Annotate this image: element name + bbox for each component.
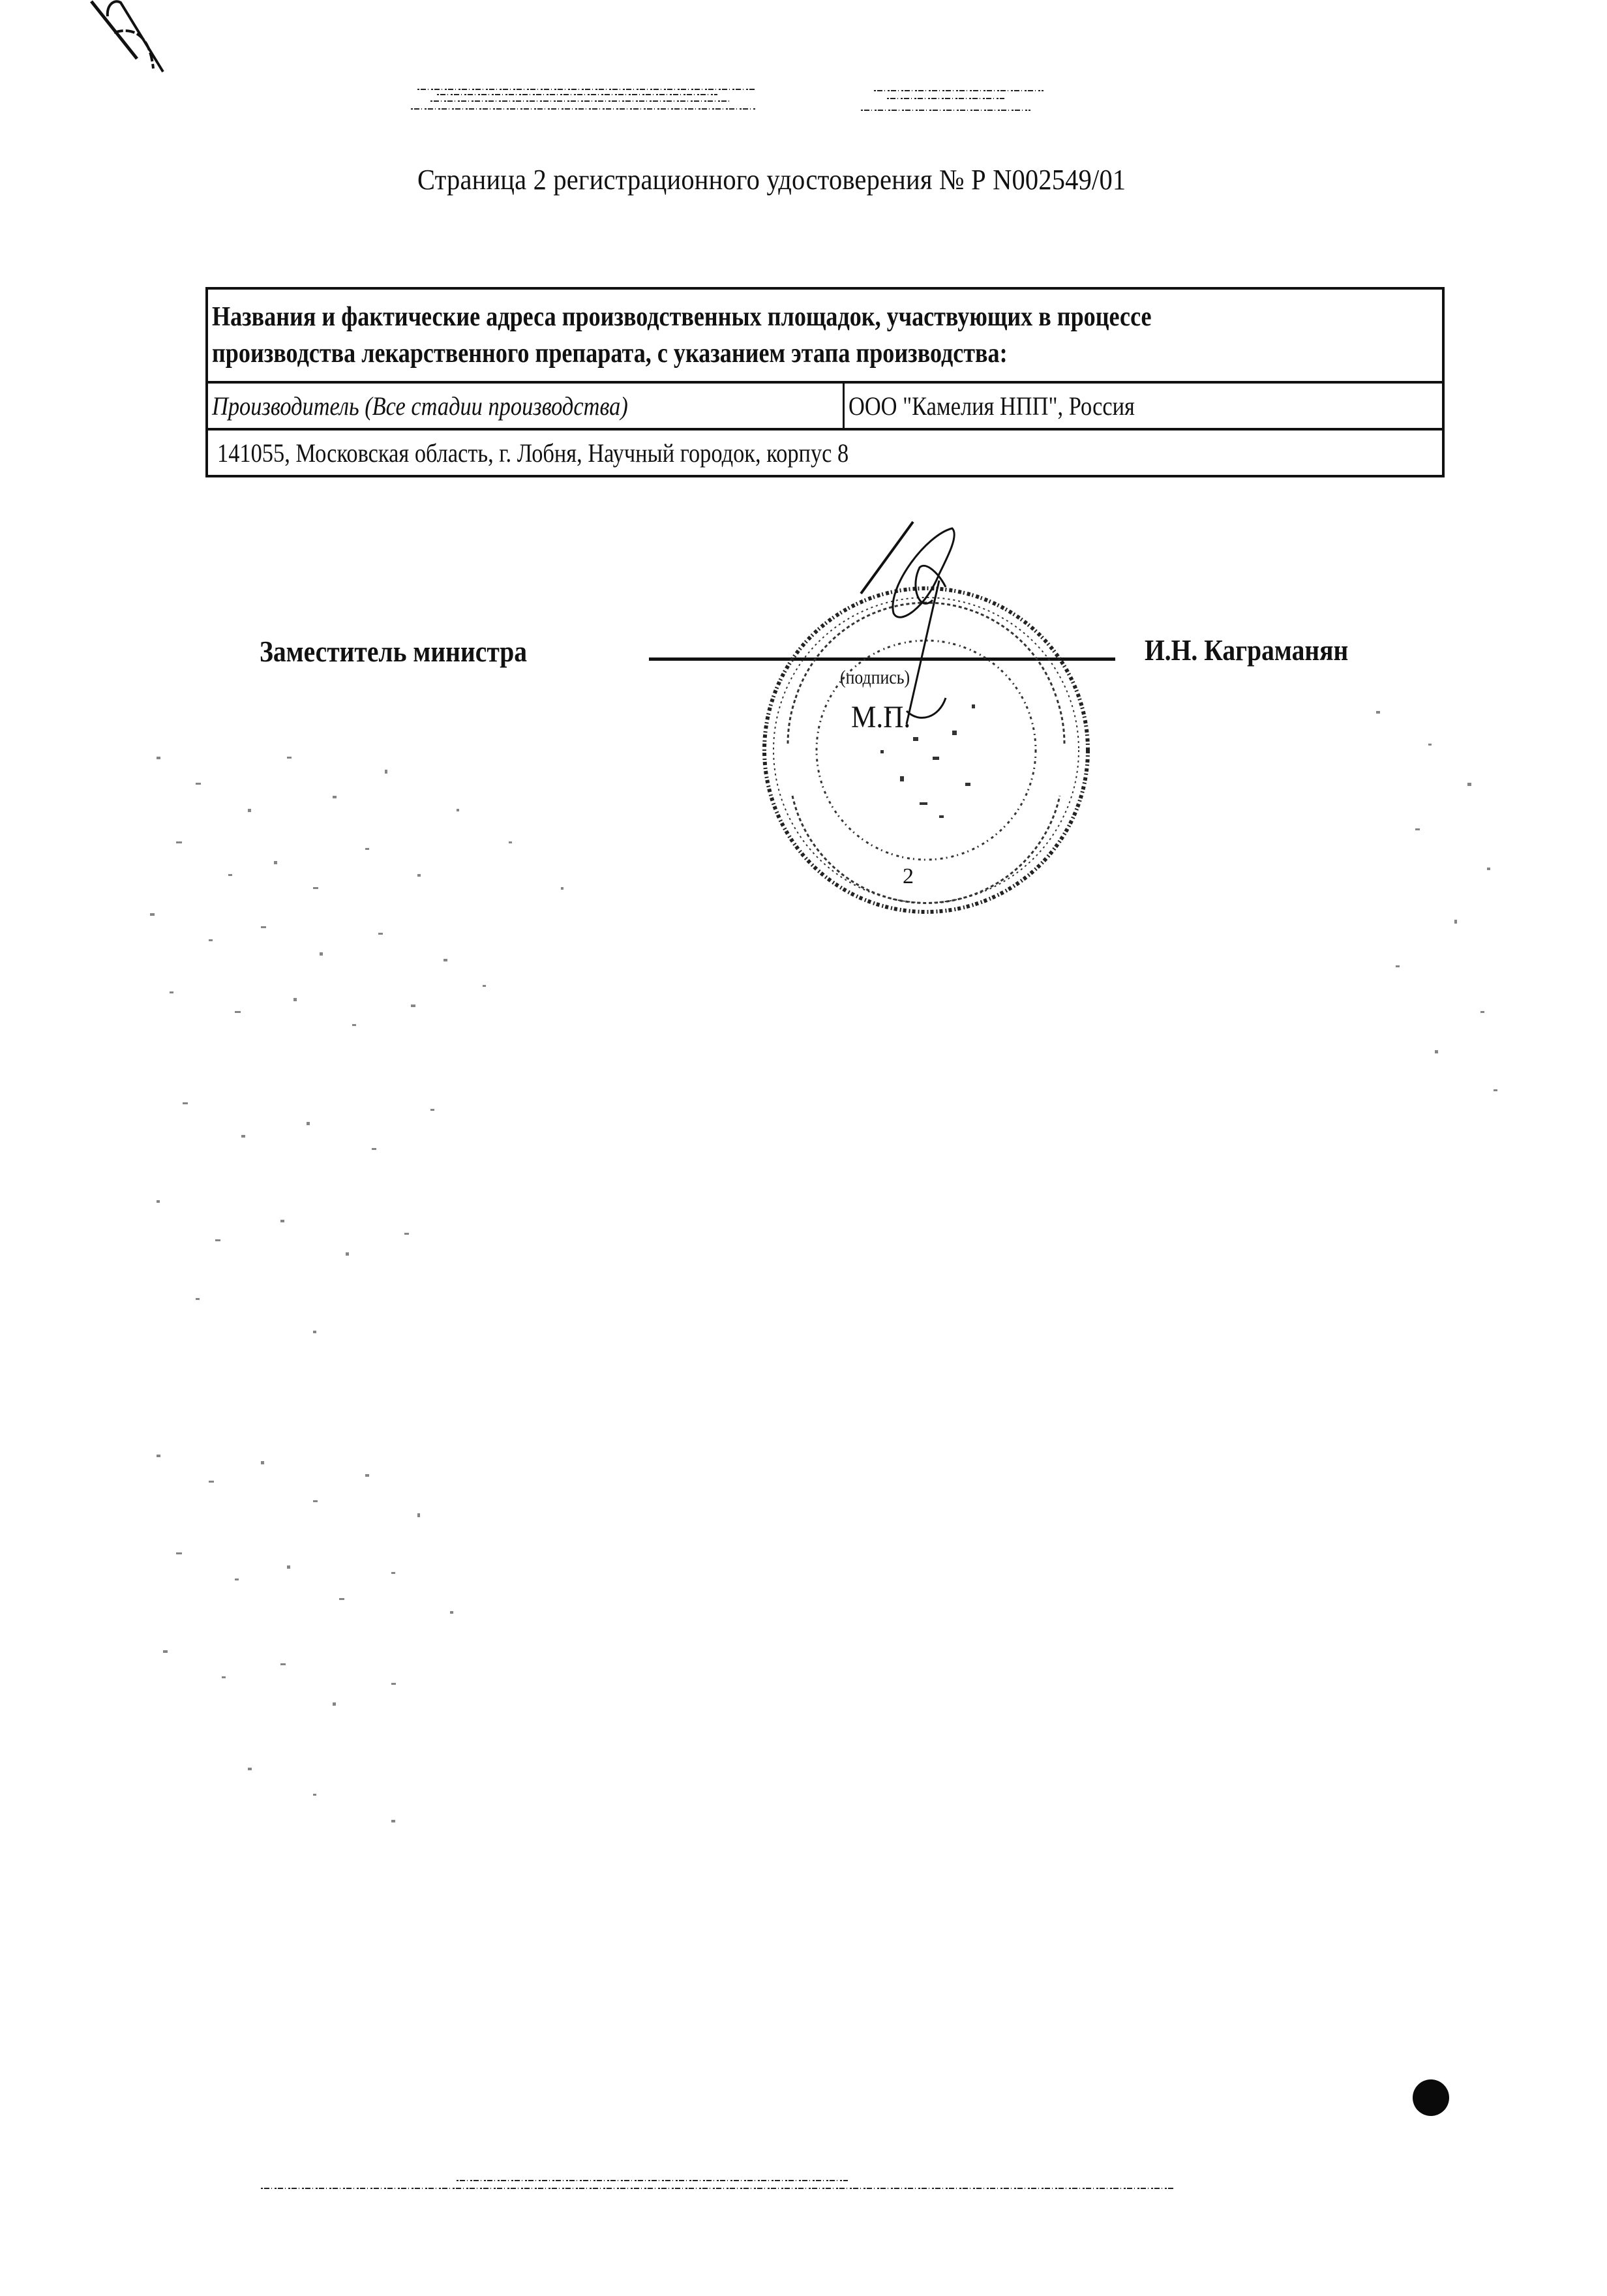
producer-role: Производитель (Все стадии производства) bbox=[212, 391, 628, 421]
table-header-line-2: производства лекарственного препарата, с… bbox=[212, 335, 1008, 372]
seal-label: М.П. bbox=[851, 699, 910, 735]
signer-name: И.Н. Каграманян bbox=[1145, 633, 1348, 667]
scan-speckle-right bbox=[1337, 685, 1533, 1141]
scan-speckle-left bbox=[117, 417, 652, 1396]
signer-title: Заместитель министра bbox=[260, 634, 527, 669]
seal-number: 2 bbox=[903, 864, 914, 889]
producer-company: ООО "Камелия НПП", Россия bbox=[849, 391, 1135, 421]
table-header-line-1: Названия и фактические адреса производст… bbox=[212, 299, 1152, 335]
table-header-row: Названия и фактические адреса производст… bbox=[208, 290, 1442, 381]
producer-company-cell: ООО "Камелия НПП", Россия bbox=[845, 384, 1442, 428]
scan-noise-bottom bbox=[261, 2169, 1174, 2195]
table-header-cell: Названия и фактические адреса производст… bbox=[208, 290, 1442, 381]
handwritten-signature-icon bbox=[848, 515, 998, 731]
scan-noise bbox=[391, 82, 1207, 121]
signature-caption: (подпись) bbox=[840, 667, 910, 689]
handwritten-corner-mark-icon bbox=[72, 0, 176, 78]
scan-speckle-lower-left bbox=[117, 1402, 639, 1859]
black-dot-icon bbox=[1413, 2079, 1449, 2116]
page-header: Страница 2 регистрационного удостоверени… bbox=[417, 163, 1162, 196]
